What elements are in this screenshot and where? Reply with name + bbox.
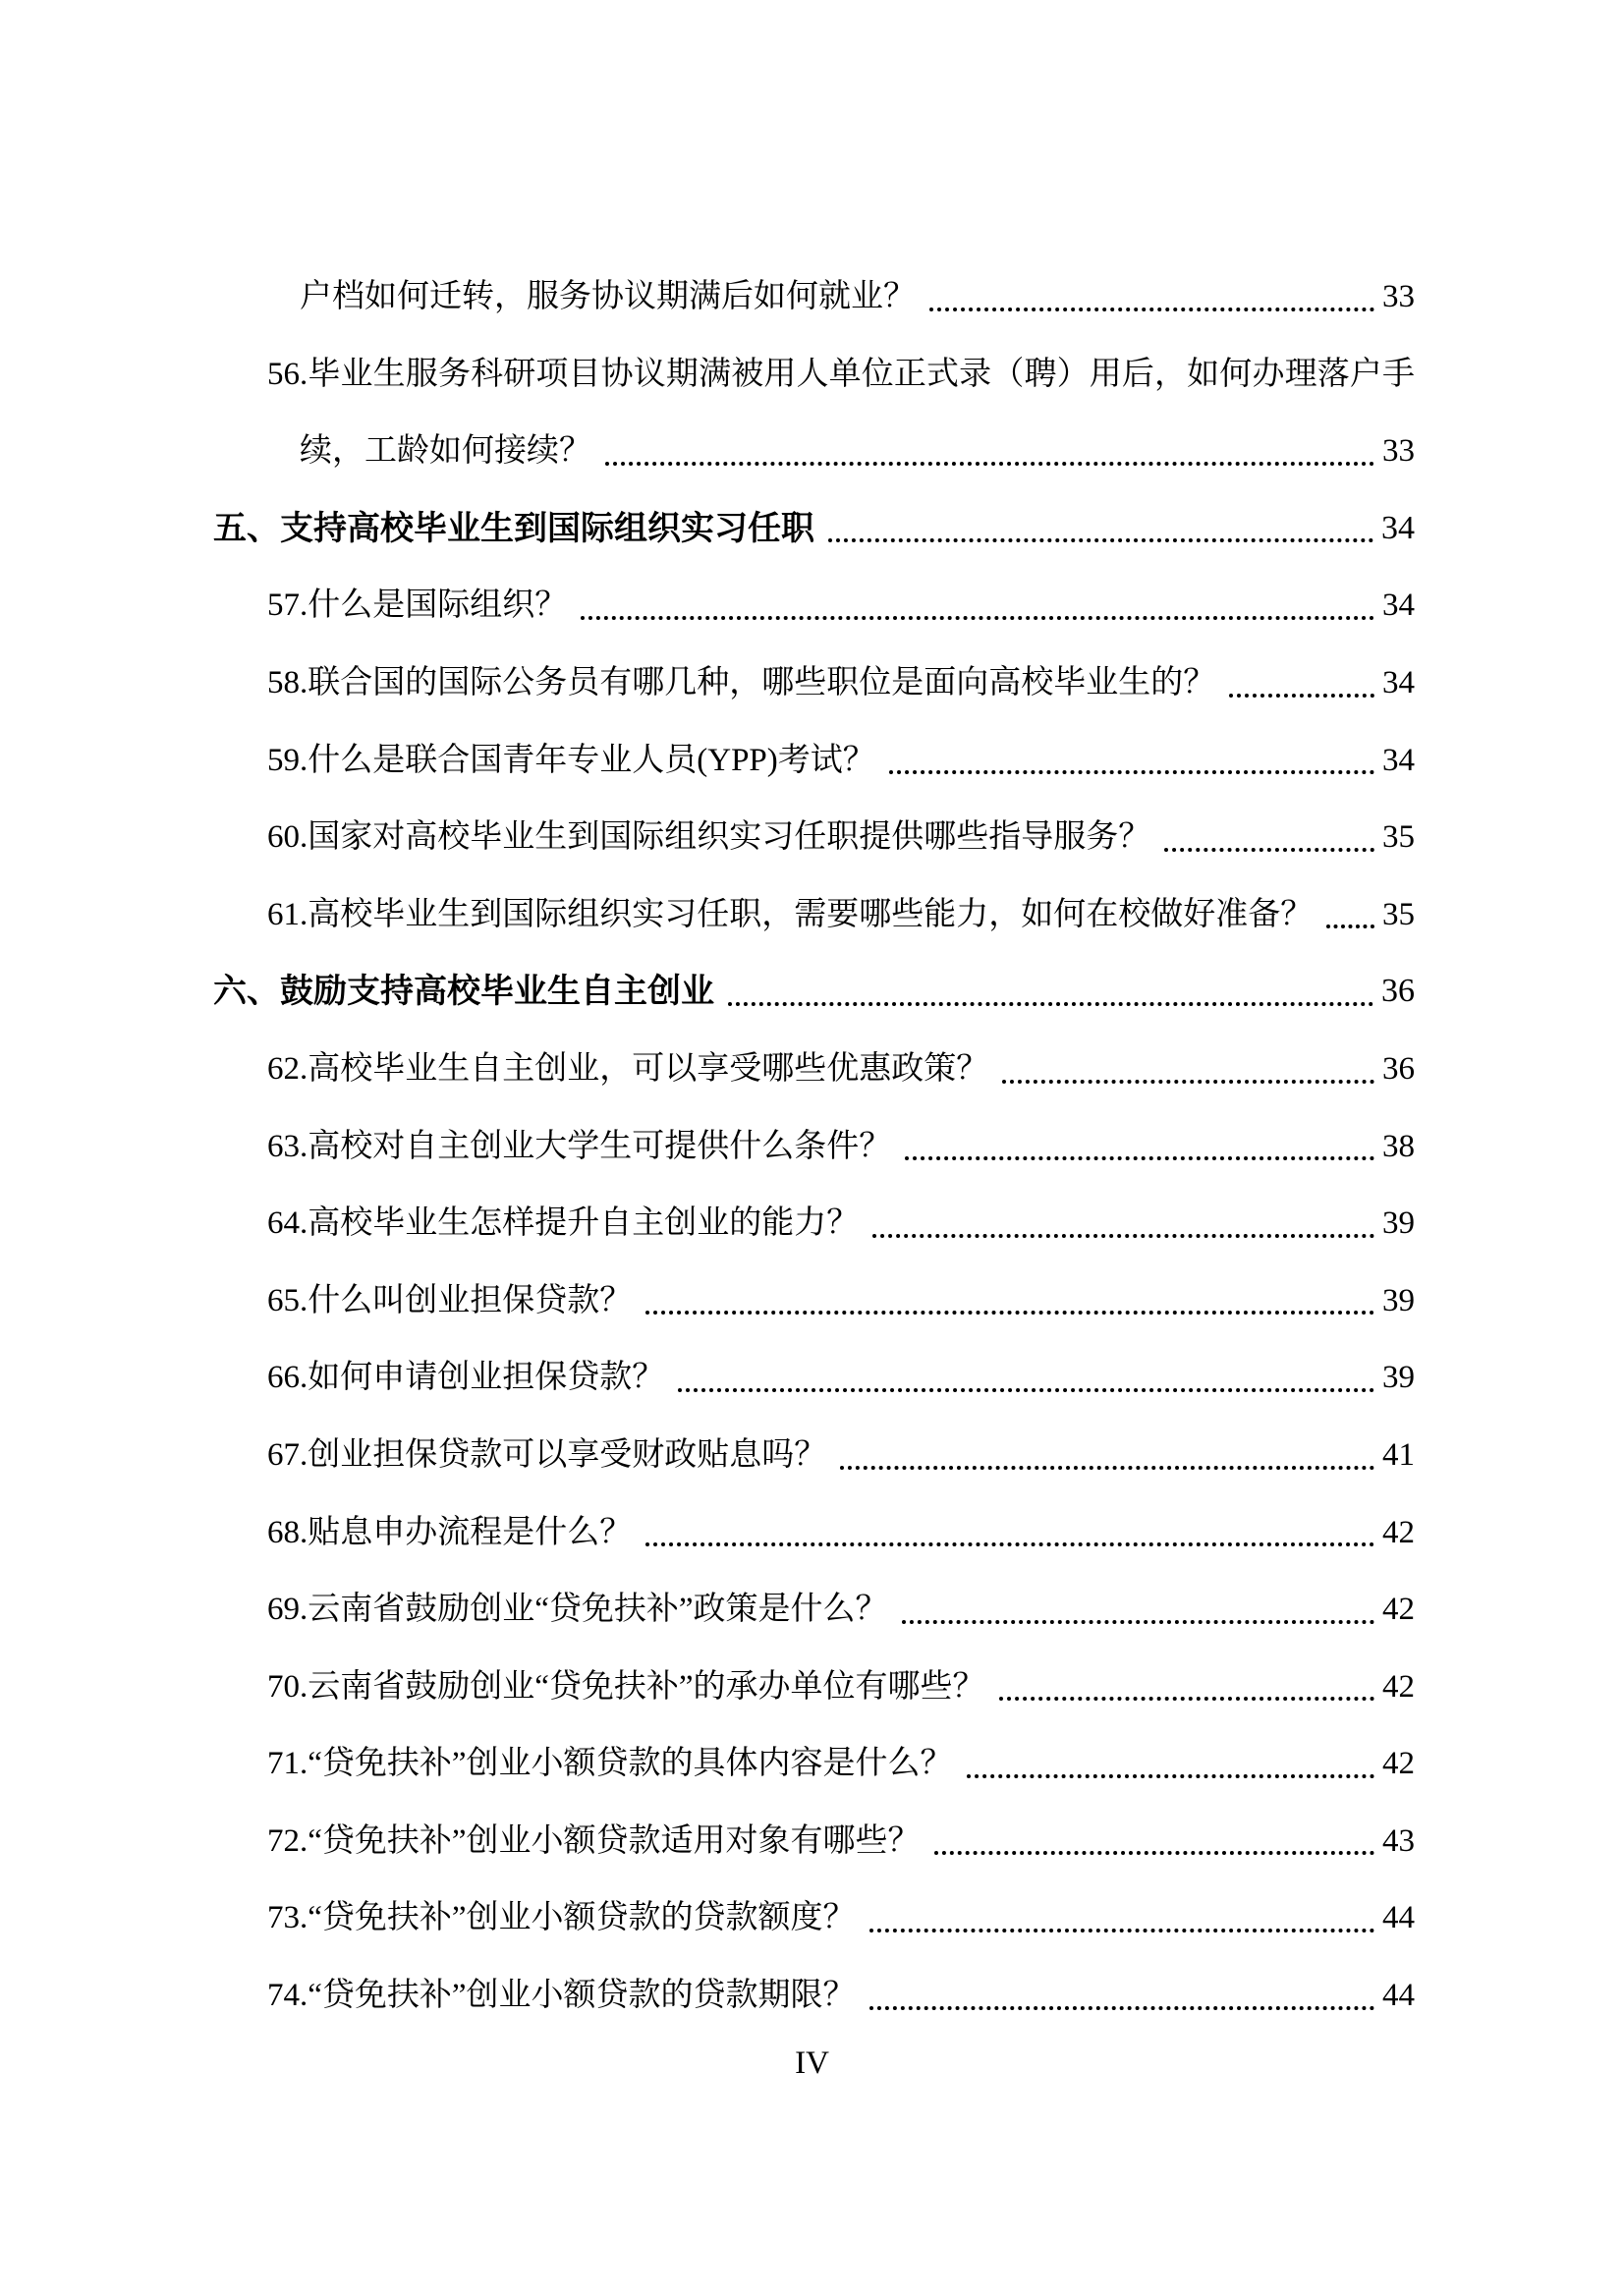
dot-leader	[581, 567, 1374, 620]
toc-entry-text: 67.创业担保贷款可以享受财政贴息吗？	[267, 1417, 826, 1494]
toc-entry-page-number: 44	[1382, 1957, 1415, 2035]
toc-entry-page-number: 36	[1382, 1031, 1415, 1108]
toc-entry-text: 62.高校毕业生自主创业，可以享受哪些优惠政策？	[267, 1031, 988, 1108]
toc-entry-row: 72.“贷免扶补”创业小额贷款适用对象有哪些？43	[213, 1803, 1415, 1880]
dot-leader	[840, 1417, 1374, 1470]
toc-entry-row: 74.“贷免扶补”创业小额贷款的贷款期限？44	[213, 1957, 1415, 2035]
dot-leader	[872, 1185, 1374, 1238]
dot-leader	[1326, 876, 1374, 929]
toc-entry-page-number: 39	[1382, 1262, 1415, 1340]
toc-entry-row: 61.高校毕业生到国际组织实习任职，需要哪些能力，如何在校做好准备？35	[213, 876, 1415, 954]
toc-entry-row: 71.“贷免扶补”创业小额贷款的具体内容是什么？42	[213, 1725, 1415, 1803]
toc-entry-page-number: 33	[1382, 413, 1415, 490]
dot-leader	[1229, 644, 1374, 698]
dot-leader	[929, 258, 1374, 311]
toc-entry-text: 73.“贷免扶补”创业小额贷款的贷款额度？	[267, 1879, 856, 1957]
toc-entry-text: 68.贴息申办流程是什么？	[267, 1494, 632, 1572]
toc-entry-page-number: 44	[1382, 1879, 1415, 1957]
toc-section-row: 六、鼓励支持高校毕业生自主创业36	[213, 953, 1415, 1031]
dot-leader	[645, 1494, 1374, 1547]
dot-leader	[869, 1879, 1374, 1932]
dot-leader	[902, 1571, 1374, 1624]
dot-leader	[728, 953, 1373, 1006]
toc-entry-page-number: 34	[1382, 567, 1415, 644]
dot-leader	[869, 1957, 1374, 2010]
toc-entry-page-number: 42	[1382, 1571, 1415, 1649]
toc-entry-text: 69.云南省鼓励创业“贷免扶补”政策是什么？	[267, 1571, 888, 1649]
toc-entry-text: 72.“贷免扶补”创业小额贷款适用对象有哪些？	[267, 1803, 921, 1880]
toc-list: 户档如何迁转，服务协议期满后如何就业？3356.毕业生服务科研项目协议期满被用人…	[213, 258, 1415, 2035]
toc-entry-page-number: 39	[1382, 1339, 1415, 1417]
toc-entry-text: 70.云南省鼓励创业“贷免扶补”的承办单位有哪些？	[267, 1649, 985, 1726]
toc-entry-row: 60.国家对高校毕业生到国际组织实习任职提供哪些指导服务？35	[213, 799, 1415, 876]
dot-leader	[999, 1649, 1374, 1702]
toc-entry-text: 71.“贷免扶补”创业小额贷款的具体内容是什么？	[267, 1725, 953, 1803]
toc-entry-row: 59.什么是联合国青年专业人员(YPP)考试？34	[213, 722, 1415, 800]
toc-entry-page-number: 35	[1382, 876, 1415, 954]
toc-entry-page-number: 42	[1382, 1494, 1415, 1572]
toc-entry-text: 74.“贷免扶补”创业小额贷款的贷款期限？	[267, 1957, 856, 2035]
toc-section-row: 五、支持高校毕业生到国际组织实习任职34	[213, 490, 1415, 568]
toc-entry-page-number: 42	[1382, 1725, 1415, 1803]
toc-entry-row: 62.高校毕业生自主创业，可以享受哪些优惠政策？36	[213, 1031, 1415, 1108]
toc-entry-text: 61.高校毕业生到国际组织实习任职，需要哪些能力，如何在校做好准备？	[267, 876, 1313, 954]
dot-leader	[828, 490, 1373, 543]
toc-entry-page-number: 34	[1382, 722, 1415, 800]
toc-entry-text: 续，工龄如何接续？	[300, 413, 591, 490]
toc-entry-page-number: 36	[1381, 953, 1415, 1031]
toc-entry-text: 57.什么是国际组织？	[267, 567, 567, 644]
toc-entry-page-number: 38	[1382, 1108, 1415, 1186]
toc-entry-row: 67.创业担保贷款可以享受财政贴息吗？41	[213, 1417, 1415, 1494]
dot-leader	[645, 1262, 1374, 1316]
toc-section-title: 六、鼓励支持高校毕业生自主创业	[213, 953, 714, 1031]
toc-entry-page-number: 39	[1382, 1185, 1415, 1262]
dot-leader	[889, 722, 1374, 775]
toc-entry-text: 65.什么叫创业担保贷款？	[267, 1262, 632, 1340]
toc-entry-page-number: 33	[1382, 258, 1415, 336]
dot-leader	[605, 413, 1374, 466]
toc-entry-text: 58.联合国的国际公务员有哪几种，哪些职位是面向高校毕业生的？	[267, 644, 1215, 722]
page-number-footer: IV	[0, 2045, 1624, 2081]
toc-entry-page-number: 35	[1382, 799, 1415, 876]
toc-section-title: 五、支持高校毕业生到国际组织实习任职	[213, 490, 814, 568]
toc-entry-row: 69.云南省鼓励创业“贷免扶补”政策是什么？42	[213, 1571, 1415, 1649]
toc-entry-text: 户档如何迁转，服务协议期满后如何就业？	[300, 258, 916, 336]
dot-leader	[1002, 1031, 1374, 1084]
toc-entry-row: 户档如何迁转，服务协议期满后如何就业？33	[213, 258, 1415, 336]
toc-entry-row: 续，工龄如何接续？33	[213, 413, 1415, 490]
toc-entry-row: 68.贴息申办流程是什么？42	[213, 1494, 1415, 1572]
toc-entry-row: 65.什么叫创业担保贷款？39	[213, 1262, 1415, 1340]
toc-entry-row: 66.如何申请创业担保贷款？39	[213, 1339, 1415, 1417]
toc-entry-row: 70.云南省鼓励创业“贷免扶补”的承办单位有哪些？42	[213, 1649, 1415, 1726]
dot-leader	[967, 1725, 1374, 1778]
toc-entry-text: 56.毕业生服务科研项目协议期满被用人单位正式录（聘）用后，如何办理落户手	[267, 357, 1415, 392]
toc-entry-page-number: 34	[1382, 644, 1415, 722]
toc-entry-row: 57.什么是国际组织？34	[213, 567, 1415, 644]
toc-entry-text: 64.高校毕业生怎样提升自主创业的能力？	[267, 1185, 859, 1262]
toc-entry-row: 56.毕业生服务科研项目协议期满被用人单位正式录（聘）用后，如何办理落户手	[213, 336, 1415, 414]
toc-entry-text: 66.如何申请创业担保贷款？	[267, 1339, 664, 1417]
toc-entry-page-number: 43	[1382, 1803, 1415, 1880]
dot-leader	[934, 1803, 1374, 1856]
document-page: 户档如何迁转，服务协议期满后如何就业？3356.毕业生服务科研项目协议期满被用人…	[0, 0, 1624, 2296]
dot-leader	[678, 1339, 1374, 1392]
toc-entry-row: 64.高校毕业生怎样提升自主创业的能力？39	[213, 1185, 1415, 1262]
dot-leader	[1164, 799, 1374, 852]
toc-entry-page-number: 42	[1382, 1649, 1415, 1726]
toc-entry-text: 59.什么是联合国青年专业人员(YPP)考试？	[267, 722, 875, 800]
toc-entry-page-number: 34	[1381, 490, 1415, 568]
dot-leader	[905, 1108, 1374, 1161]
toc-entry-row: 73.“贷免扶补”创业小额贷款的贷款额度？44	[213, 1879, 1415, 1957]
toc-entry-row: 58.联合国的国际公务员有哪几种，哪些职位是面向高校毕业生的？34	[213, 644, 1415, 722]
toc-entry-text: 63.高校对自主创业大学生可提供什么条件？	[267, 1108, 891, 1186]
toc-entry-page-number: 41	[1382, 1417, 1415, 1494]
toc-entry-text: 60.国家对高校毕业生到国际组织实习任职提供哪些指导服务？	[267, 799, 1150, 876]
toc-entry-row: 63.高校对自主创业大学生可提供什么条件？38	[213, 1108, 1415, 1186]
